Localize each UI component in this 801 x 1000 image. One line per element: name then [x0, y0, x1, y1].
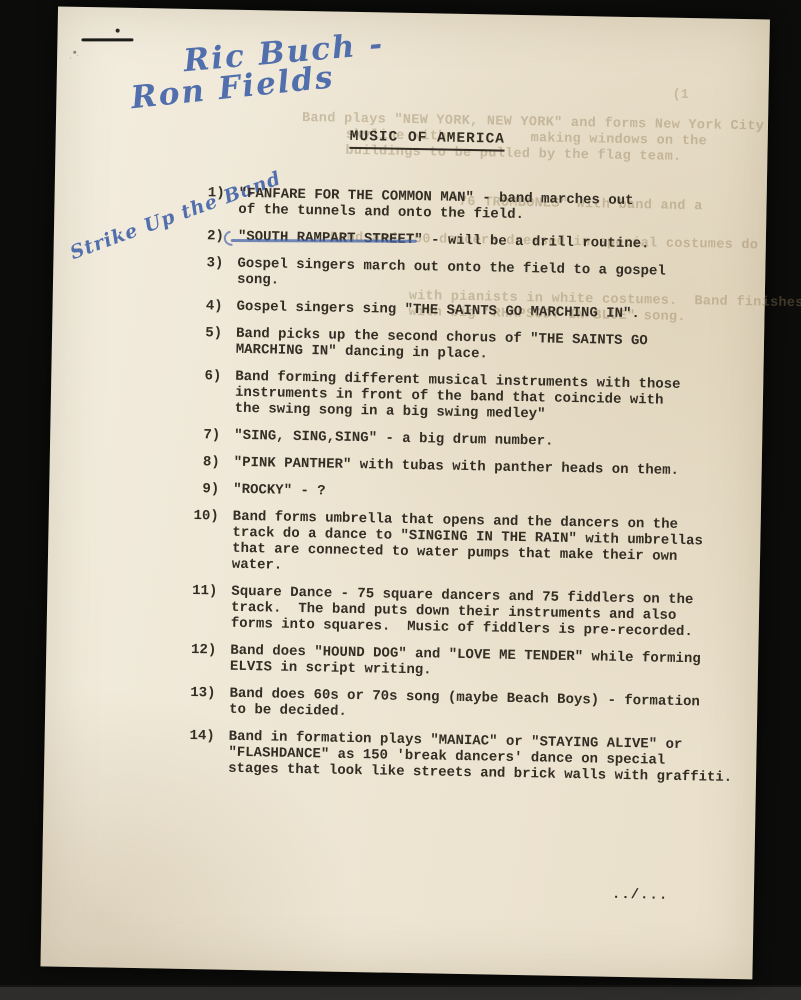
item-text: Band does 60s or 70s song (maybe Beach B…	[229, 686, 751, 728]
item-number: 12)	[180, 642, 217, 675]
item-text: Gospel singers sing "THE SAINTS GO MARCH…	[236, 299, 758, 325]
page-title: MUSIC OF AMERICA	[349, 129, 505, 152]
item-text: "ROCKY" - ?	[233, 482, 755, 508]
item-number: 10)	[182, 508, 219, 573]
list-item: 7) "SING, SING,SING" - a big drum number…	[184, 427, 756, 453]
pen-dash-mark	[81, 38, 133, 41]
item-number: 7)	[184, 427, 220, 444]
list-item: 12) Band does "HOUND DOG" and "LOVE ME T…	[180, 642, 752, 684]
faint-page-number: (1	[672, 88, 688, 103]
item-text: Band in formation plays "MANIAC" or "STA…	[228, 729, 751, 787]
item-number: 8)	[184, 454, 220, 471]
continuation-mark: ../...	[612, 887, 669, 904]
list-item: 6) Band forming different musical instru…	[185, 368, 758, 426]
scanned-document-scene: (1 Band plays "NEW YORK, NEW YORK" and f…	[0, 0, 801, 1000]
pen-dot-mark	[116, 29, 120, 33]
paper-sheet: (1 Band plays "NEW YORK, NEW YORK" and f…	[40, 6, 769, 979]
list-item: 2) "SOUTH RAMPART STREET" - will be a dr…	[188, 228, 760, 254]
list-item: 11) Square Dance - 75 square dancers and…	[181, 583, 754, 641]
list-item: 8) "PINK PANTHER" with tubas with panthe…	[184, 454, 756, 480]
struck-song-title: "SOUTH RAMPART STREET	[238, 229, 415, 248]
list-item: 13) Band does 60s or 70s song (maybe Bea…	[179, 685, 751, 727]
item-text: Square Dance - 75 square dancers and 75 …	[231, 584, 754, 642]
item-text: "SING, SING,SING" - a big drum number.	[234, 428, 756, 454]
scanner-background-strip	[0, 985, 801, 1000]
list-item: 4) Gospel singers sing "THE SAINTS GO MA…	[186, 298, 758, 324]
item-number: 2)	[188, 228, 224, 245]
bleedthrough-text: Band plays "NEW YORK, NEW YORK" and form…	[58, 6, 770, 19]
item-text: "SOUTH RAMPART STREET" - will be a drill…	[238, 229, 760, 255]
list-item: 3) Gospel singers march out onto the fie…	[187, 255, 759, 297]
item-text: Gospel singers march out onto the field …	[237, 256, 759, 298]
item-number: 4)	[186, 298, 222, 315]
item-number: 5)	[186, 325, 223, 358]
item-number: 9)	[183, 481, 219, 498]
list-item: 5) Band picks up the second chorus of "T…	[186, 325, 758, 367]
item-number: 11)	[181, 583, 218, 632]
item-text: "PINK PANTHER" with tubas with panther h…	[234, 455, 756, 481]
list-item: 10) Band forms umbrella that opens and t…	[182, 508, 755, 582]
item-number: 14)	[178, 728, 215, 777]
program-list: 1) "FANFARE FOR THE COMMON MAN" - band m…	[178, 185, 761, 797]
list-item: 14) Band in formation plays "MANIAC" or …	[178, 728, 751, 786]
list-item: 1) "FANFARE FOR THE COMMON MAN" - band m…	[188, 185, 760, 227]
item-number: 1)	[188, 185, 225, 218]
item-number: 13)	[179, 685, 216, 718]
list-item: 9) "ROCKY" - ?	[183, 481, 755, 507]
item-number: 6)	[185, 368, 222, 417]
item-text: Band forming different musical instrumen…	[235, 369, 758, 427]
item-text: "FANFARE FOR THE COMMON MAN" - band marc…	[238, 186, 760, 228]
item-text: Band picks up the second chorus of "THE …	[236, 326, 758, 368]
item-text: Band does "HOUND DOG" and "LOVE ME TENDE…	[230, 643, 752, 685]
item-text: Band forms umbrella that opens and the d…	[232, 509, 755, 583]
pen-speck-marks	[73, 51, 76, 54]
item-number: 3)	[187, 255, 224, 288]
